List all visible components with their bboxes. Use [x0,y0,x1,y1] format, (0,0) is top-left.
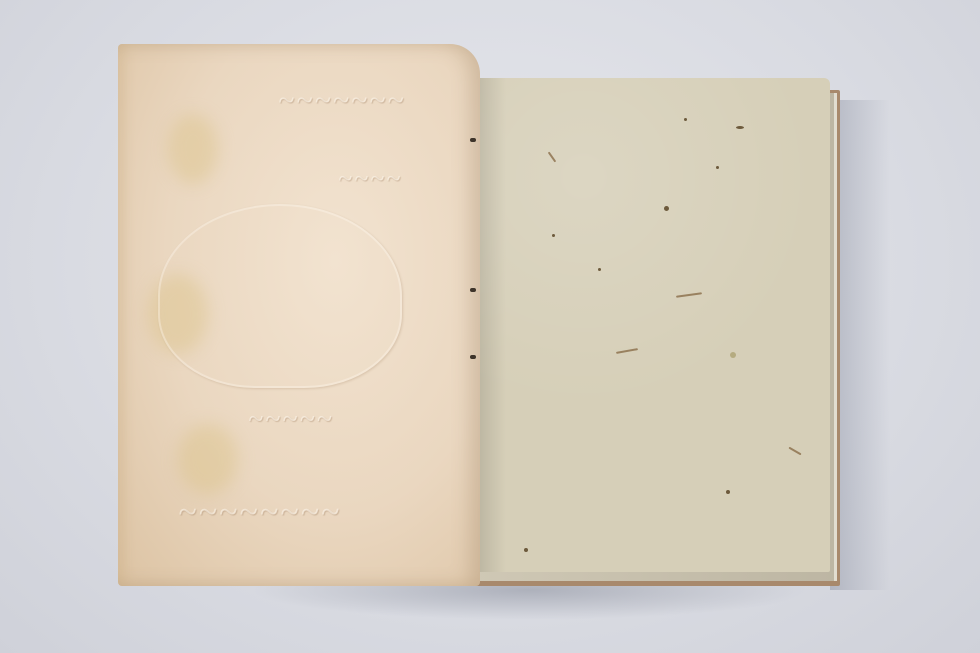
paper-fleck [552,234,555,237]
paper-fleck [726,490,730,494]
paper-fiber [616,348,638,354]
paper-fleck [524,548,528,552]
paper-fleck [730,352,736,358]
left-cover-embossed: ~~~~~~~ ~~~~ ~~~~~ ~~~~~~~~ [118,44,480,586]
paper-fleck [716,166,719,169]
binding-stitch [470,355,476,359]
paper-fiber [548,152,557,163]
paper-fleck [684,118,687,121]
paper-fiber [676,292,702,298]
paper-fleck [598,268,601,271]
binding-stitch [470,288,476,292]
embossed-subtitle: ~~~~ [338,164,402,194]
embossed-line-3: ~~~~~ [248,404,334,436]
embossed-line-4: ~~~~~~~~ [178,494,341,532]
right-page-blank [478,78,830,572]
embossed-illustration [158,204,402,388]
embossed-title: ~~~~~~~ [278,84,406,118]
paper-fleck [736,126,744,129]
paper-fiber [788,447,801,456]
binding-stitch [470,138,476,142]
cover-stain [168,114,218,184]
cover-stain [178,424,238,494]
paper-fleck [664,206,669,211]
